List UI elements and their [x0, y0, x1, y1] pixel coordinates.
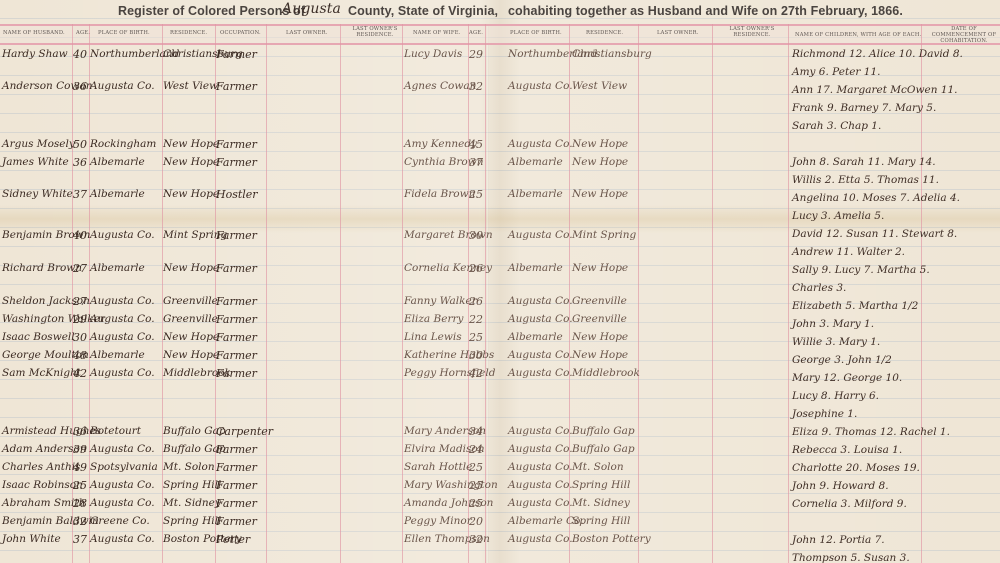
column-divider	[402, 24, 403, 563]
row-wife-residence: Buffalo Gap	[572, 425, 635, 438]
header-date-cohabitation: Date of Commencement of Cohabitation.	[930, 26, 998, 44]
row-wife-age: 26	[469, 262, 483, 275]
row-wife: Fidela Brown	[404, 188, 475, 201]
row-wife-age: 25	[469, 479, 483, 492]
row-birthplace: Augusta Co.	[90, 331, 155, 344]
header-age: Age.	[76, 30, 90, 36]
row-residence: New Hope	[163, 156, 219, 169]
header-wife-age: Age.	[469, 30, 483, 36]
row-husband: Isaac Robinson	[2, 479, 83, 492]
children-line: Amy 6. Peter 11.	[792, 66, 880, 78]
children-line: John 8. Sarah 11. Mary 14.	[792, 156, 936, 168]
row-husband: John White	[2, 533, 61, 546]
row-birthplace: Spotsylvania	[90, 461, 158, 474]
row-wife: Agnes Cowan	[404, 80, 476, 93]
row-age: 25	[73, 479, 87, 492]
row-birthplace: Augusta Co.	[90, 443, 155, 456]
row-birthplace: Augusta Co.	[90, 80, 155, 93]
row-age: 29	[73, 313, 87, 326]
children-line: Willie 3. Mary 1.	[792, 336, 880, 348]
row-occupation: Farmer	[216, 461, 257, 474]
row-wife-residence: Mt. Solon	[572, 461, 624, 474]
row-occupation: Farmer	[216, 156, 257, 169]
header-wife-place-of-birth: Place of Birth.	[510, 30, 562, 36]
row-residence: New Hope	[163, 262, 219, 275]
row-age: 30	[73, 331, 87, 344]
children-line: Charlotte 20. Moses 19.	[792, 462, 920, 474]
row-wife-birthplace: Augusta Co.	[508, 461, 573, 474]
header-children: Name of Children, with Age of Each.	[795, 32, 921, 38]
row-occupation: Farmer	[216, 295, 257, 308]
children-line: John 12. Portia 7.	[792, 534, 885, 546]
header-wife: Name of Wife.	[413, 30, 461, 36]
header-last-owner: Last Owner.	[286, 30, 328, 36]
row-birthplace: Augusta Co.	[90, 229, 155, 242]
row-husband: Argus Mosely	[2, 138, 75, 151]
row-residence: Mt. Solon	[163, 461, 215, 474]
row-wife-birthplace: Augusta Co.	[508, 367, 573, 380]
children-line: Elizabeth 5. Martha 1/2	[792, 300, 918, 312]
row-husband: Charles Anthis	[2, 461, 80, 474]
row-wife-residence: Spring Hill	[572, 479, 630, 492]
row-wife-age: 45	[469, 138, 483, 151]
column-divider	[712, 24, 713, 563]
row-birthplace: Augusta Co.	[90, 497, 155, 510]
row-wife-residence: New Hope	[572, 188, 628, 201]
row-residence: West View	[163, 80, 218, 93]
row-wife-age: 34	[469, 425, 483, 438]
row-wife-age: 25	[469, 188, 483, 201]
row-wife-residence: New Hope	[572, 156, 628, 169]
row-wife-birthplace: Augusta Co.	[508, 295, 573, 308]
children-line: Andrew 11. Walter 2.	[792, 246, 905, 258]
row-wife-residence: Middlebrook	[572, 367, 640, 380]
row-residence: Greenville	[163, 313, 218, 326]
row-occupation: Farmer	[216, 80, 257, 93]
row-age: 36	[73, 80, 87, 93]
children-line: Cornelia 3. Milford 9.	[792, 498, 907, 510]
row-wife-age: 25	[469, 461, 483, 474]
row-occupation: Potter	[216, 533, 250, 546]
children-line: Angelina 10. Moses 7. Adelia 4.	[792, 192, 960, 204]
row-wife-birthplace: Albemarle	[508, 188, 563, 201]
row-wife-residence: Christiansburg	[572, 48, 652, 61]
row-residence: Spring Hill	[163, 479, 221, 492]
row-wife-age: 22	[469, 313, 483, 326]
row-wife-residence: New Hope	[572, 262, 628, 275]
column-divider	[638, 24, 639, 563]
header-wife-last-owner: Last Owner.	[657, 30, 699, 36]
row-birthplace: Greene Co.	[90, 515, 150, 528]
row-wife-age: 42	[469, 367, 483, 380]
row-birthplace: Augusta Co.	[90, 295, 155, 308]
row-wife: Lucy Davis	[404, 48, 462, 61]
row-wife-age: 37	[469, 156, 483, 169]
header-occupation: Occupation.	[220, 30, 261, 36]
row-occupation: Farmer	[216, 138, 257, 151]
row-birthplace: Albemarle	[90, 349, 145, 362]
children-line: George 3. John 1/2	[792, 354, 892, 366]
row-age: 36	[73, 425, 87, 438]
row-husband: Richard Brown	[2, 262, 82, 275]
row-wife-residence: Mint Spring	[572, 229, 636, 242]
row-wife-birthplace: Augusta Co.	[508, 229, 573, 242]
row-residence: New Hope	[163, 188, 219, 201]
row-wife-residence: Greenville	[572, 313, 627, 326]
row-wife-birthplace: Albemarle	[508, 156, 563, 169]
row-husband: Hardy Shaw	[2, 48, 68, 61]
row-wife-age: 24	[469, 443, 483, 456]
children-line: John 9. Howard 8.	[792, 480, 889, 492]
row-age: 50	[73, 138, 87, 151]
row-wife-age: 29	[469, 48, 483, 61]
row-wife-age: 32	[469, 80, 483, 93]
row-age: 36	[73, 156, 87, 169]
children-line: Eliza 9. Thomas 12. Rachel 1.	[792, 426, 950, 438]
row-wife-birthplace: Augusta Co.	[508, 479, 573, 492]
row-wife: Amy Kennedy	[404, 138, 477, 151]
row-wife-birthplace: Augusta Co.	[508, 80, 573, 93]
row-husband: Sidney White	[2, 188, 73, 201]
children-line: Lucy 8. Harry 6.	[792, 390, 879, 402]
row-wife-age: 25	[469, 497, 483, 510]
row-occupation: Farmer	[216, 331, 257, 344]
row-age: 40	[73, 48, 87, 61]
column-divider	[788, 24, 789, 563]
row-age: 37	[73, 533, 87, 546]
children-line: Sarah 3. Chap 1.	[792, 120, 881, 132]
row-residence: Greenville	[163, 295, 218, 308]
row-wife-birthplace: Augusta Co.	[508, 349, 573, 362]
row-occupation: Farmer	[216, 497, 257, 510]
row-age: 27	[73, 295, 87, 308]
row-age: 28	[73, 497, 87, 510]
children-line: Richmond 12. Alice 10. David 8.	[792, 48, 963, 60]
children-line: Ann 17. Margaret McOwen 11.	[792, 84, 958, 96]
row-wife-residence: Greenville	[572, 295, 627, 308]
title-county-suffix: County, State of Virginia,	[348, 4, 498, 18]
row-birthplace: Rockingham	[90, 138, 156, 151]
row-wife-birthplace: Augusta Co.	[508, 425, 573, 438]
column-divider	[266, 24, 267, 563]
row-occupation: Farmer	[216, 515, 257, 528]
row-birthplace: Augusta Co.	[90, 479, 155, 492]
row-wife: Sarah Hottle	[404, 461, 472, 474]
row-residence: New Hope	[163, 138, 219, 151]
row-residence: New Hope	[163, 331, 219, 344]
row-wife-age: 25	[469, 331, 483, 344]
row-age: 37	[73, 188, 87, 201]
row-age: 40	[73, 229, 87, 242]
row-wife-age: 32	[469, 533, 483, 546]
row-residence: Mt. Sidney	[163, 497, 221, 510]
row-wife-residence: Spring Hill	[572, 515, 630, 528]
row-wife-residence: West View	[572, 80, 627, 93]
header-last-owner-residence: Last Owner's Residence.	[352, 26, 398, 38]
header-husband: Name of Husband.	[3, 30, 65, 36]
children-line: Sally 9. Lucy 7. Martha 5.	[792, 264, 930, 276]
row-residence: Spring Hill	[163, 515, 221, 528]
header-place-of-birth: Place of Birth.	[98, 30, 150, 36]
row-wife-residence: Boston Pottery	[572, 533, 651, 546]
children-line: Rebecca 3. Louisa 1.	[792, 444, 902, 456]
row-occupation: Farmer	[216, 367, 257, 380]
row-wife-age: 26	[469, 295, 483, 308]
children-line: Charles 3.	[792, 282, 846, 294]
row-occupation: Farmer	[216, 313, 257, 326]
row-birthplace: Albemarle	[90, 262, 145, 275]
row-wife-birthplace: Augusta Co.	[508, 533, 573, 546]
row-wife: Mary Washington	[404, 479, 498, 492]
row-occupation: Farmer	[216, 48, 257, 61]
row-birthplace: Albemarle	[90, 156, 145, 169]
row-birthplace: Botetourt	[90, 425, 141, 438]
row-husband: Sam McKnight	[2, 367, 81, 380]
row-wife-residence: New Hope	[572, 331, 628, 344]
children-line: Lucy 3. Amelia 5.	[792, 210, 884, 222]
row-wife-birthplace: Augusta Co.	[508, 443, 573, 456]
row-husband: James White	[2, 156, 69, 169]
row-birthplace: Albemarle	[90, 188, 145, 201]
header-residence: Residence.	[170, 30, 207, 36]
row-occupation: Farmer	[216, 262, 257, 275]
children-line: David 12. Susan 11. Stewart 8.	[792, 228, 957, 240]
row-wife-age: 30	[469, 229, 483, 242]
row-age: 48	[73, 349, 87, 362]
row-occupation: Hostler	[216, 188, 258, 201]
children-line: Josephine 1.	[792, 408, 857, 420]
row-wife-residence: New Hope	[572, 349, 628, 362]
row-wife-residence: Buffalo Gap	[572, 443, 635, 456]
row-wife-birthplace: Augusta Co.	[508, 313, 573, 326]
header-wife-residence: Residence.	[586, 30, 623, 36]
row-occupation: Farmer	[216, 443, 257, 456]
row-wife: Fanny Walker	[404, 295, 477, 308]
row-occupation: Carpenter	[216, 425, 273, 438]
row-birthplace: Augusta Co.	[90, 533, 155, 546]
children-line: Mary 12. George 10.	[792, 372, 902, 384]
row-wife-birthplace: Augusta Co.	[508, 497, 573, 510]
row-wife-birthplace: Augusta Co.	[508, 138, 573, 151]
county-name-handwritten: Augusta	[282, 1, 341, 17]
row-wife-age: 20	[469, 515, 483, 528]
children-line: Willis 2. Etta 5. Thomas 11.	[792, 174, 939, 186]
row-wife-age: 30	[469, 349, 483, 362]
row-residence: New Hope	[163, 349, 219, 362]
children-line: John 3. Mary 1.	[792, 318, 874, 330]
row-wife-residence: New Hope	[572, 138, 628, 151]
children-line: Thompson 5. Susan 3.	[792, 552, 910, 563]
row-occupation: Farmer	[216, 229, 257, 242]
row-age: 42	[73, 367, 87, 380]
column-divider	[340, 24, 341, 563]
row-wife: Eliza Berry	[404, 313, 463, 326]
title-suffix: cohabiting together as Husband and Wife …	[508, 4, 903, 18]
row-wife: Peggy Minor	[404, 515, 472, 528]
row-age: 27	[73, 262, 87, 275]
children-line: Frank 9. Barney 7. Mary 5.	[792, 102, 936, 114]
row-wife-residence: Mt. Sidney	[572, 497, 630, 510]
row-husband: Isaac Boswell	[2, 331, 75, 344]
row-wife: Lina Lewis	[404, 331, 462, 344]
row-occupation: Farmer	[216, 479, 257, 492]
row-birthplace: Augusta Co.	[90, 313, 155, 326]
row-wife-birthplace: Albemarle	[508, 331, 563, 344]
row-age: 32	[73, 515, 87, 528]
row-age: 49	[73, 461, 87, 474]
row-birthplace: Augusta Co.	[90, 367, 155, 380]
header-wife-last-owner-residence: Last Owner's Residence.	[720, 26, 784, 38]
register-title: Register of Colored Persons of Augusta C…	[0, 0, 1000, 22]
title-prefix: Register of Colored Persons of	[118, 4, 305, 18]
row-occupation: Farmer	[216, 349, 257, 362]
row-wife-birthplace: Albemarle	[508, 262, 563, 275]
row-age: 39	[73, 443, 87, 456]
